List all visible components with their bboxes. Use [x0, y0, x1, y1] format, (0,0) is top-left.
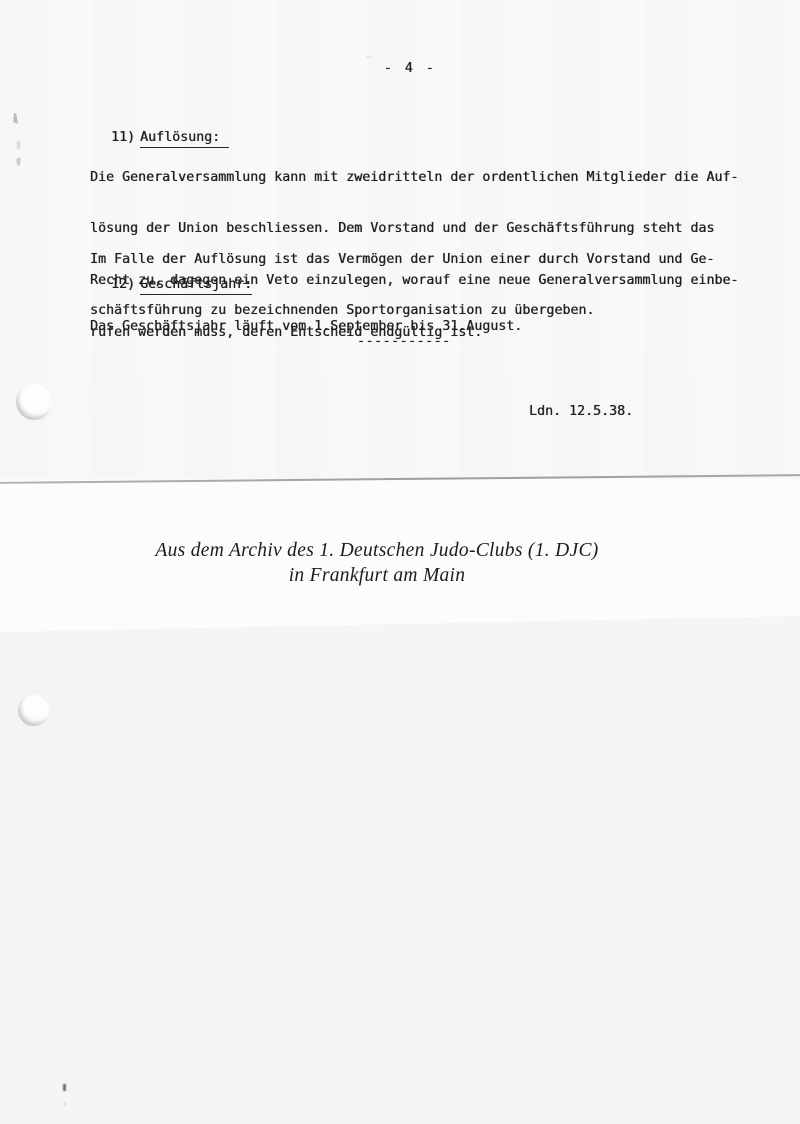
text-line: Das Geschäftsjahr läuft vom 1.September …	[90, 318, 522, 335]
pencil-mark	[17, 141, 20, 149]
date-note: Ldn. 12.5.38.	[529, 403, 633, 420]
pencil-mark	[13, 113, 18, 124]
punch-hole	[16, 384, 52, 420]
scan-speck	[63, 1084, 66, 1091]
archive-note-line1: Aus dem Archiv des 1. Deutschen Judo-Clu…	[0, 538, 754, 563]
statute-page: - 4 - 11)Auflösung: Die Generalversammlu…	[0, 0, 800, 479]
archive-note: Aus dem Archiv des 1. Deutschen Judo-Clu…	[0, 538, 754, 588]
scanned-document: - 4 - 11)Auflösung: Die Generalversammlu…	[0, 0, 800, 1124]
dash-separator: -----------	[357, 333, 451, 350]
pencil-mark	[16, 157, 21, 166]
archive-note-line2: in Frankfurt am Main	[0, 563, 754, 588]
scan-speck	[64, 1102, 66, 1106]
page-number: - 4 -	[0, 60, 800, 77]
backing-sheet	[0, 616, 800, 1124]
scan-speck	[366, 56, 372, 58]
text-line: Die Generalversammlung kann mit zweidrit…	[90, 169, 738, 186]
punch-hole	[18, 695, 49, 726]
paragraph-fiscal-year: Das Geschäftsjahr läuft vom 1.September …	[90, 283, 522, 369]
